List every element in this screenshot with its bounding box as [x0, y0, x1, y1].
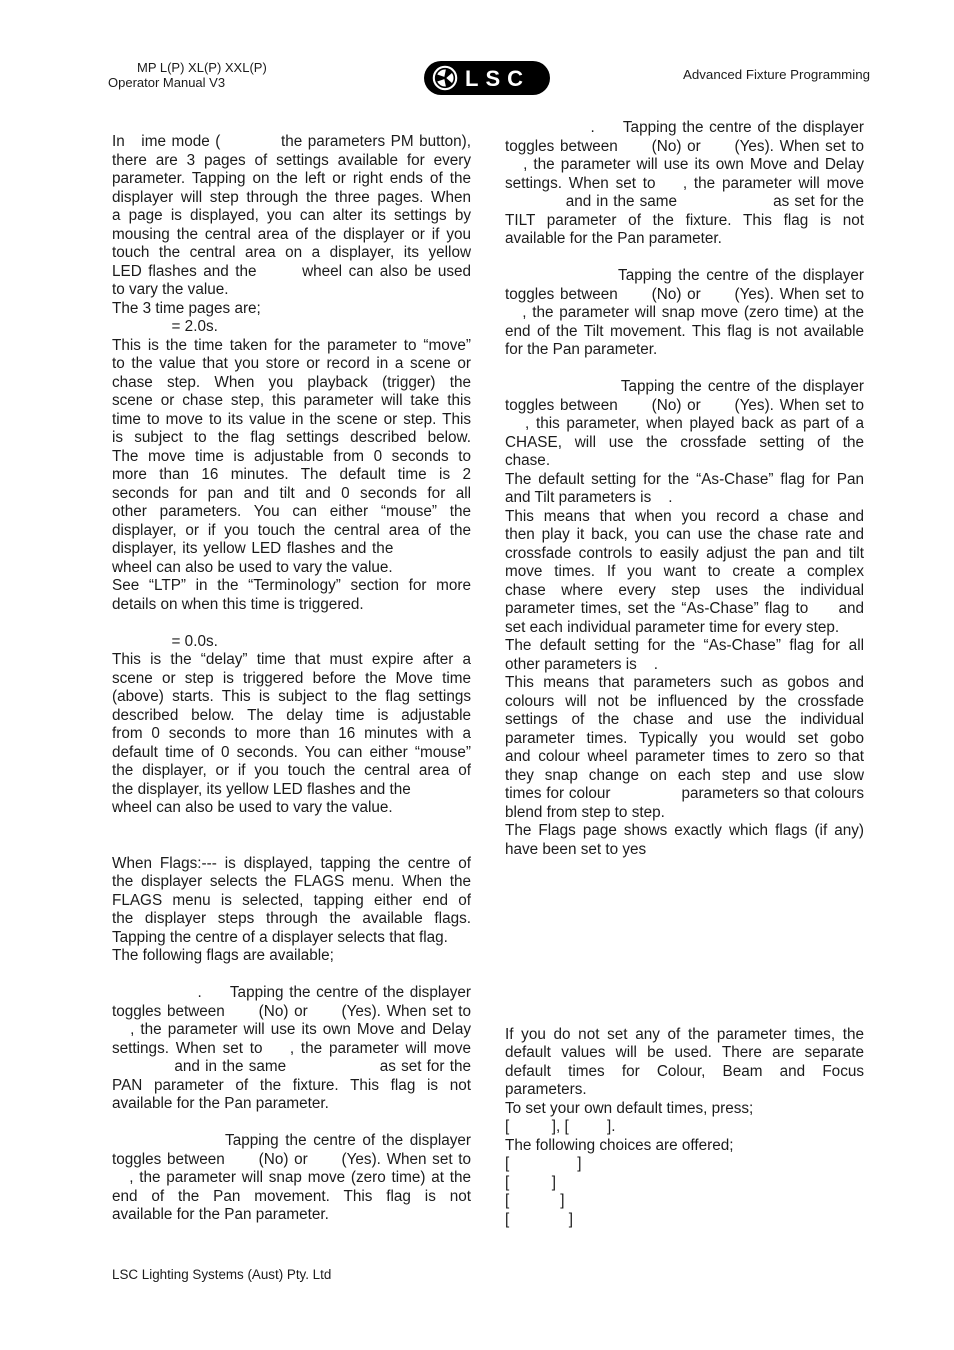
text-line: , the parameter will use its own Move an… — [505, 156, 864, 175]
text-line: available for the Pan parameter. — [505, 230, 864, 249]
text-line: and Tilt parameters is . — [505, 489, 864, 508]
text-line: , the parameter will snap move (zero tim… — [505, 304, 864, 323]
footer-company: LSC Lighting Systems (Aust) Pty. Ltd — [112, 1267, 331, 1282]
paragraph-gap — [505, 360, 864, 379]
text-line: and colour wheel parameter times to zero… — [505, 748, 864, 767]
text-line: mousing the central area of the displaye… — [112, 226, 471, 245]
text-line: chase where every step uses the individu… — [505, 582, 864, 601]
text-line: set each individual parameter time for e… — [505, 619, 864, 638]
text-line: the displayer, its yellow LED flashes an… — [112, 781, 471, 800]
text-line: Tapping the centre of the displayer — [505, 267, 864, 286]
left-column: In ime mode ( the parameters PM button),… — [112, 133, 471, 1225]
text-line: This means that when you record a chase … — [505, 508, 864, 527]
text-line: toggles between (No) or (Yes). When set … — [505, 286, 864, 305]
paragraph-gap — [505, 249, 864, 268]
text-line: end of the Tilt movement. This flag is n… — [505, 323, 864, 342]
text-line: settings of the chase and use the indivi… — [505, 711, 864, 730]
text-line: times for colour parameters so that colo… — [505, 785, 864, 804]
text-line: the displayer selects the FLAGS menu. Wh… — [112, 873, 471, 892]
text-line: chase. — [505, 452, 864, 471]
text-line: = 0.0s. — [112, 633, 471, 652]
text-line: is subject to the flag settings describe… — [112, 429, 471, 448]
text-line: blend from step to step. — [505, 804, 864, 823]
paragraph-gap — [505, 859, 864, 1026]
right-column: . Tapping the centre of the displayertog… — [505, 119, 864, 1229]
text-line: The following flags are available; — [112, 947, 471, 966]
text-line: settings. When set to , the parameter wi… — [112, 1040, 471, 1059]
text-line: Tapping the centre of a displayer select… — [112, 929, 471, 948]
text-line: If you do not set any of the parameter t… — [505, 1026, 864, 1045]
text-line: to the value that you store or record in… — [112, 355, 471, 374]
text-line: toggles between (No) or (Yes). When set … — [112, 1003, 471, 1022]
text-line: and in the same as set for the — [505, 193, 864, 212]
text-line: Tapping the centre of the displayer — [112, 1132, 471, 1151]
text-line: displayer, its yellow LED flashes and th… — [112, 540, 471, 559]
text-line: The Flags page shows exactly which flags… — [505, 822, 864, 841]
text-line: the displayer, or if you touch the centr… — [112, 762, 471, 781]
text-line: The following choices are offered; — [505, 1137, 864, 1156]
text-line: toggles between (No) or (Yes). When set … — [112, 1151, 471, 1170]
header-model-block: MP L(P) XL(P) XXL(P) Operator Manual V3 — [108, 61, 267, 90]
text-line: default times for Colour, Beam and Focus — [505, 1063, 864, 1082]
header-model-line1: MP L(P) XL(P) XXL(P) — [137, 61, 267, 76]
text-line: wheel can also be used to vary the value… — [112, 559, 471, 578]
text-line: [ ], [ ]. — [505, 1118, 864, 1137]
text-line: (above) starts. This is subject to the f… — [112, 688, 471, 707]
text-line: details on when this time is triggered. — [112, 596, 471, 615]
text-line: PAN parameter of the fixture. This flag … — [112, 1077, 471, 1096]
text-line: settings. When set to , the parameter wi… — [505, 175, 864, 194]
manual-page: MP L(P) XL(P) XXL(P) Operator Manual V3 … — [0, 0, 954, 1350]
text-line: parameter. Tapping on the left or right … — [112, 170, 471, 189]
header-model-line2: Operator Manual V3 — [108, 76, 267, 91]
paragraph-gap — [112, 818, 471, 855]
text-line: parameters. — [505, 1081, 864, 1100]
text-line: scene or step is triggered before the Mo… — [112, 670, 471, 689]
text-line: time to move to its value in the scene o… — [112, 411, 471, 430]
text-line: , the parameter will use its own Move an… — [112, 1021, 471, 1040]
text-line: [ ] — [505, 1211, 864, 1230]
text-line: [ ] — [505, 1155, 864, 1174]
text-line: This is the “delay” time that must expir… — [112, 651, 471, 670]
text-line: default values will be used. There are s… — [505, 1044, 864, 1063]
text-line: The 3 time pages are; — [112, 300, 471, 319]
text-line: See “LTP” in the “Terminology” section f… — [112, 577, 471, 596]
text-line: they snap change on each step and use sl… — [505, 767, 864, 786]
text-line: move times. If you want to create a comp… — [505, 563, 864, 582]
text-line: end of the Pan movement. This flag is no… — [112, 1188, 471, 1207]
text-line: from 0 seconds to more than 16 minutes w… — [112, 725, 471, 744]
lsc-logo-graphic: LSC — [424, 60, 550, 96]
paragraph-gap — [112, 966, 471, 985]
text-line: toggles between (No) or (Yes). When set … — [505, 397, 864, 416]
text-line: This means that parameters such as gobos… — [505, 674, 864, 693]
text-line: displayer, or if you touch the central a… — [112, 522, 471, 541]
header-section-title: Advanced Fixture Programming — [600, 67, 870, 82]
text-line: available for the Pan parameter. — [112, 1095, 471, 1114]
lsc-logo-text: LSC — [465, 66, 530, 91]
text-line: This is the time taken for the parameter… — [112, 337, 471, 356]
text-line: [ ] — [505, 1192, 864, 1211]
text-line: toggles between (No) or (Yes). When set … — [505, 138, 864, 157]
text-line: CHASE, will use the crossfade setting of… — [505, 434, 864, 453]
text-line: parameter times. Typically you would set… — [505, 730, 864, 749]
text-line: other parameters is . — [505, 656, 864, 675]
text-line: , the parameter will snap move (zero tim… — [112, 1169, 471, 1188]
text-line: = 2.0s. — [112, 318, 471, 337]
text-line: In ime mode ( the parameters PM button), — [112, 133, 471, 152]
text-line: The default setting for the “As-Chase” f… — [505, 471, 864, 490]
text-line: and in the same as set for the — [112, 1058, 471, 1077]
text-line: The default setting for the “As-Chase” f… — [505, 637, 864, 656]
text-line: . Tapping the centre of the displayer — [505, 119, 864, 138]
text-line: for the Pan parameter. — [505, 341, 864, 360]
text-line: default time of 0 seconds. You can eithe… — [112, 744, 471, 763]
text-line: LED flashes and the wheel can also be us… — [112, 263, 471, 282]
text-line: TILT parameter of the fixture. This flag… — [505, 212, 864, 231]
text-line: The move time is adjustable from 0 secon… — [112, 448, 471, 467]
paragraph-gap — [112, 614, 471, 633]
text-line: the displayer steps through the availabl… — [112, 910, 471, 929]
text-line: other parameters. You can either “mouse”… — [112, 503, 471, 522]
text-line: described below. The delay time is adjus… — [112, 707, 471, 726]
text-line: to vary the value. — [112, 281, 471, 300]
text-line: Tapping the centre of the displayer — [505, 378, 864, 397]
text-line: , this parameter, when played back as pa… — [505, 415, 864, 434]
text-line: seconds for pan and tilt and 0 seconds f… — [112, 485, 471, 504]
text-line: a page is displayed, you can alter its s… — [112, 207, 471, 226]
text-line: wheel can also be used to vary the value… — [112, 799, 471, 818]
text-line: available for the Pan parameter. — [112, 1206, 471, 1225]
text-line: touch the central area on a displayer, i… — [112, 244, 471, 263]
text-line: then play it back, you can use the chase… — [505, 526, 864, 545]
text-line: displayer will step through the three pa… — [112, 189, 471, 208]
text-line: [ ] — [505, 1174, 864, 1193]
text-line: To set your own default times, press; — [505, 1100, 864, 1119]
text-line: more than 16 minutes. The default time i… — [112, 466, 471, 485]
paragraph-gap — [112, 1114, 471, 1133]
text-line: FLAGS menu is selected, tapping either e… — [112, 892, 471, 911]
text-line: crossfade controls to easily adjust the … — [505, 545, 864, 564]
text-line: there are 3 pages of settings available … — [112, 152, 471, 171]
text-line: colours will not be influenced by the cr… — [505, 693, 864, 712]
lsc-logo: LSC — [424, 60, 550, 96]
text-line: . Tapping the centre of the displayer — [112, 984, 471, 1003]
text-line: have been set to yes — [505, 841, 864, 860]
text-line: scene or chase step, this parameter will… — [112, 392, 471, 411]
text-line: chase step. When you playback (trigger) … — [112, 374, 471, 393]
text-line: When Flags:--- is displayed, tapping the… — [112, 855, 471, 874]
text-line: parameter times, set the “As-Chase” flag… — [505, 600, 864, 619]
